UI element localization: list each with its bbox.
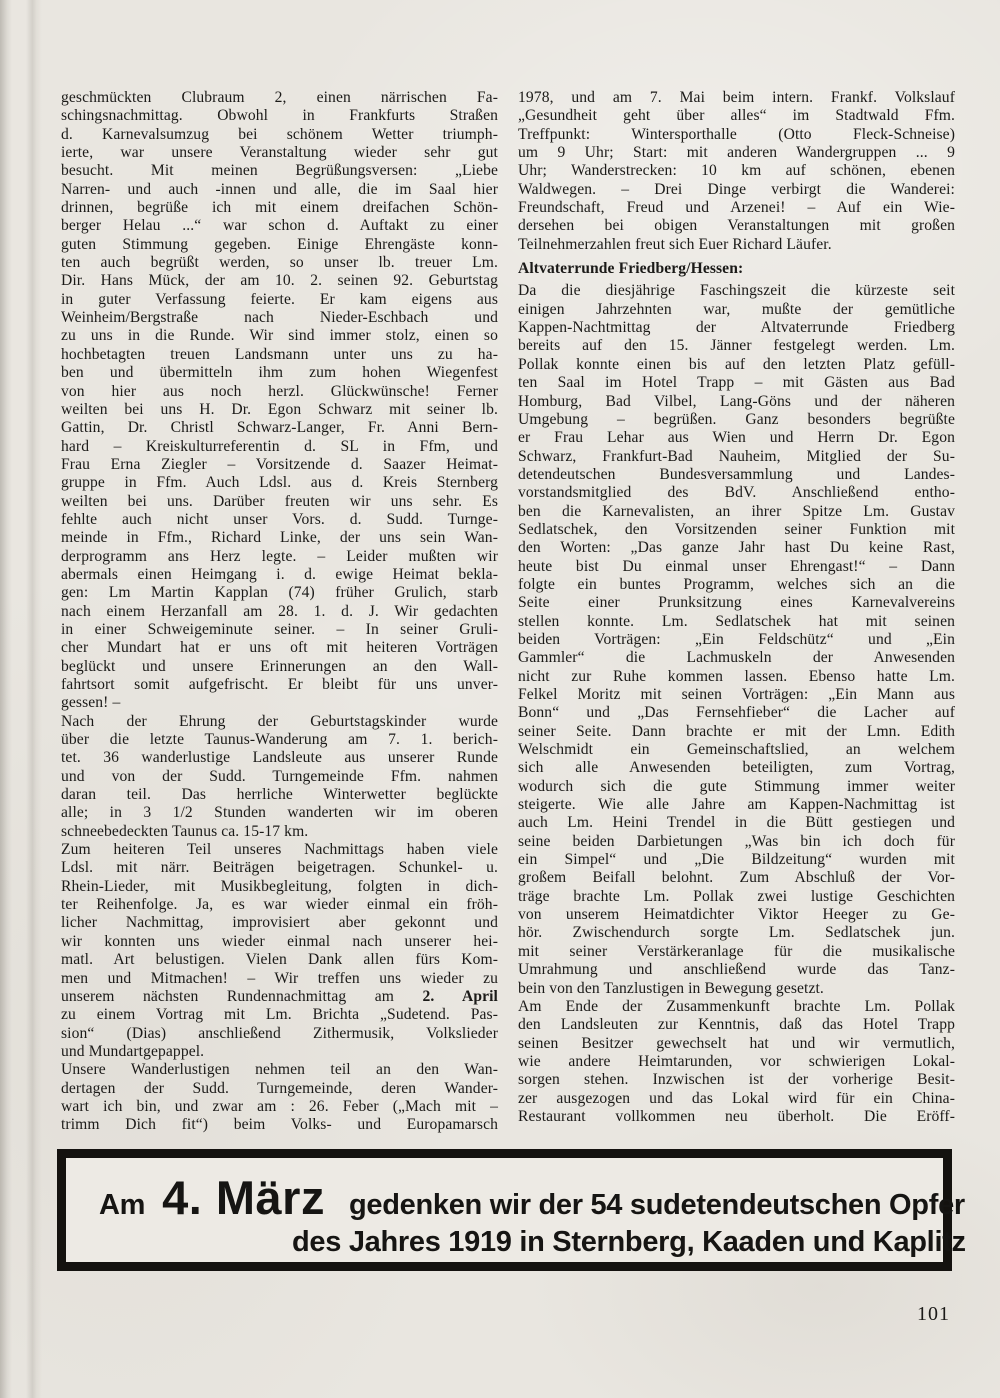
paragraph: Da die diesjährige Faschingszeit die kür… [518,282,955,997]
text-line: gruppe in Ffm. Auch Ldsl. aus d. Kreis S… [61,474,498,492]
text-line: Bonn“ und „Das Fernsehfieber“ die Lacher… [518,704,955,722]
text-line: zu uns in die Runde. Wir sind immer stol… [61,327,498,345]
text-line: nach einem Herzanfall am 28. 1. d. J. Wi… [61,603,498,621]
text-line: Schwarz, Frankfurt-Bad Nauheim, Mitglied… [518,448,955,466]
text-line: über die letzte Taunus-Wanderung am 7. 1… [61,731,498,749]
text-line: Dir. Hans Mück, der am 10. 2. seinen 92.… [61,272,498,290]
banner-line-1: Am 4. März gedenken wir der 54 sudetende… [99,1170,943,1225]
text-line: ben die Karnevalisten, an ihrer Spitze L… [518,503,955,521]
text-line: bereits auf den 15. Jänner festgelegt we… [518,337,955,355]
text-line: Frau Erna Ziegler – Vorsitzende d. Saaze… [61,456,498,474]
memorial-banner: Am 4. März gedenken wir der 54 sudetende… [57,1149,952,1271]
text-line: geschmückten Clubraum 2, einen närrische… [61,89,498,107]
text-line: schneebedeckten Taunus ca. 15-17 km. [61,823,498,841]
banner-text-line2: des Jahres 1919 in Sternberg, Kaaden und… [292,1226,943,1259]
text-line: Welschmidt ein Gemeinschaftslied, an wel… [518,741,955,759]
banner-prefix: Am [99,1189,145,1222]
text-line: von hier aus noch herzl. Glückwünsche! F… [61,383,498,401]
text-line: auch Lm. Heini Trendel in die Bütt gesti… [518,814,955,832]
text-line: ben und übermitteln ihm zum hohen Wiegen… [61,364,498,382]
text-line: wir konnten uns wieder einmal nach unser… [61,933,498,951]
text-line: Teilnehmerzahlen freut sich Euer Richard… [518,236,955,254]
text-line: matl. Art belustigen. Vielen Dank allen … [61,951,498,969]
text-line: Gattin, Dr. Christl Schwarz-Langer, Fr. … [61,419,498,437]
text-line: Narren- und auch -innen und alle, die im… [61,181,498,199]
text-line: unserem nächsten Rundennachmittag am 2. … [61,988,498,1006]
text-line: großem Beifall belohnt. Zum Abschluß der… [518,869,955,887]
text-line: Kappen-Nachtmittag der Altvaterrunde Fri… [518,319,955,337]
text-line: sich alle Anwesenden beteiligten, zum Vo… [518,759,955,777]
text-line: meinde in Ffm., Richard Linke, der uns s… [61,529,498,547]
text-line: Pollak konnte einen bis auf den letzten … [518,356,955,374]
text-line: vorstandsmitglied des BdV. Anschließend … [518,484,955,502]
text-line: ten auch begrüßt werden, so unser lb. tr… [61,254,498,272]
text-line: ierte, war unsere Veranstaltung wieder s… [61,144,498,162]
text-line: beiden Vorträgen: „Ein Feldschütz“ und „… [518,631,955,649]
text-column-right: 1978, und am 7. Mai beim intern. Frankf.… [518,89,955,1126]
text-line: um 9 Uhr; Start: mit anderen Wandergrupp… [518,144,955,162]
text-line: träge brachte Lm. Pollak zwei lustige Ge… [518,888,955,906]
text-line: besucht. Mit meinen Begrüßungsversen: „L… [61,162,498,180]
text-line: Sedlatschek, den Vorsitzenden seiner Fun… [518,521,955,539]
text-line: Nach der Ehrung der Geburtstagskinder wu… [61,713,498,731]
text-line: Gammler“ die Lachmuskeln der Anwesenden [518,649,955,667]
text-line: dertagen der Sudd. Turngemeinde, deren W… [61,1080,498,1098]
text-line: Ldsl. mit närr. Beiträgen beigetragen. S… [61,859,498,877]
text-line: Weinheim/Bergstraße nach Nieder-Eschbach… [61,309,498,327]
text-line: cher Mundart hat er uns oft mit heiteren… [61,639,498,657]
text-line: berger Helau ...“ war schon d. Auftakt z… [61,217,498,235]
text-line: nicht zur Ruhe kommen lassen. Ebenso hat… [518,668,955,686]
text-line: Da die diesjährige Faschingszeit die kür… [518,282,955,300]
text-line: Am Ende der Zusammenkunft brachte Lm. Po… [518,998,955,1016]
text-line: folgte ein buntes Programm, welches sich… [518,576,955,594]
text-line: Felkel Moritz mit seinen Vorträgen: „Ein… [518,686,955,704]
text-line: Waldwegen. – Drei Dinge verbirgt die Wan… [518,181,955,199]
text-line: fahrtsort somit aufgefrischt. Er bleibt … [61,676,498,694]
text-column-left: geschmückten Clubraum 2, einen närrische… [61,89,498,1135]
text-line: derprogramm ans Herz legte. – Leider muß… [61,548,498,566]
text-line: licher Nachmittag, improvisiert aber gek… [61,914,498,932]
text-line: sorgen stehen. Inzwischen ist der vorher… [518,1071,955,1089]
text-line: den Landsleuten zur Kenntnis, daß das Ho… [518,1016,955,1034]
text-line: wodurch sich die gute Stimmung immer wei… [518,778,955,796]
text-line: beglückt und unsere Erinnerungen an den … [61,658,498,676]
text-line: Freundschaft, Freud und Arzenei! – Auf e… [518,199,955,217]
text-line: Homburg, Bad Vilbel, Lang-Göns und der n… [518,393,955,411]
paragraph: Unsere Wanderlustigen nehmen teil an den… [61,1061,498,1134]
text-line: men und Mitmachen! – Wir treffen uns wie… [61,970,498,988]
text-line: ten Saal im Hotel Trapp – mit Gästen aus… [518,374,955,392]
text-line: schingsnachmittag. Obwohl in Frankfurts … [61,107,498,125]
text-line: gessen! – [61,694,498,712]
text-line: ter Reihenfolge. Ja, es war wieder einma… [61,896,498,914]
text-line: detendeutschen Bundesversammlung und Lan… [518,466,955,484]
text-line: von unserem Heimatdichter Viktor Heeger … [518,906,955,924]
text-line: gen: Lm Martin Kapplan (74) früher Gruli… [61,584,498,602]
text-line: Unsere Wanderlustigen nehmen teil an den… [61,1061,498,1079]
text-line: den Worten: „Das ganze Jahr hast Du kein… [518,539,955,557]
text-line: und Mundartgepappel. [61,1043,498,1061]
text-line: 1978, und am 7. Mai beim intern. Frankf.… [518,89,955,107]
text-line: Restaurant vollkommen neu überholt. Die … [518,1108,955,1126]
banner-text-line1: gedenken wir der 54 sudetendeutschen Opf… [349,1189,965,1222]
page-number: 101 [860,1303,950,1326]
text-line: ein Simpel“ und „Die Bildzeitung“ wurden… [518,851,955,869]
section-heading: Altvaterrunde Friedberg/Hessen: [518,260,955,278]
text-line: fehlte auch nicht unser Vors. d. Sudd. T… [61,511,498,529]
text-line: hör. Zwischendurch sorgte Lm. Sedlatsche… [518,924,955,942]
text-line: bein von den Tanzlustigen in Bewegung ge… [518,980,955,998]
text-line: in einer Schweigeminute seiner. – In sei… [61,621,498,639]
paragraph: 1978, und am 7. Mai beim intern. Frankf.… [518,89,955,254]
text-line: weilten bei uns H. Dr. Egon Schwarz mit … [61,401,498,419]
text-line: drinnen, begrüße ich mit einem dreifache… [61,199,498,217]
text-line: seinen Besitzer gewechselt hat und wir v… [518,1035,955,1053]
text-line: dersehen bei obigen Veranstaltungen mit … [518,217,955,235]
text-line: wie andere Heimtarunden, vor schwierigen… [518,1053,955,1071]
text-line: d. Karnevalsumzug bei schönem Wetter tri… [61,126,498,144]
text-line: in guter Verfassung feierte. Er kam eige… [61,291,498,309]
text-line: Seite einer Prunksitzung eines Karnevalv… [518,594,955,612]
text-line: abermals einen Heimgang i. d. ewige Heim… [61,566,498,584]
paragraph: Zum heiteren Teil unseres Nachmittags ha… [61,841,498,1061]
text-line: Umrahmung und anschließend wurde das Tan… [518,961,955,979]
text-line: Rhein-Lieder, mit Musikbegleitung, folgt… [61,878,498,896]
paragraph: Nach der Ehrung der Geburtstagskinder wu… [61,713,498,841]
text-line: Treffpunkt: Wintersporthalle (Otto Fleck… [518,126,955,144]
paragraph: geschmückten Clubraum 2, einen närrische… [61,89,498,713]
text-line: seine beiden Darbietungen „Was bin ich d… [518,833,955,851]
text-line: einigen Jahrzehnten war, mußte der gemüt… [518,301,955,319]
text-line: daran teil. Das herrliche Winterwetter b… [61,786,498,804]
text-line: weilten bei uns. Darüber freuten wir uns… [61,493,498,511]
text-line: hochbetagten treuen Landsmann unter uns … [61,346,498,364]
text-line: alle; in 3 1/2 Stunden wanderten wir im … [61,804,498,822]
text-line: wart ich bin, und zwar am : 26. Feber („… [61,1098,498,1116]
text-line: guten Stimmung gegeben. Einige Ehrengäst… [61,236,498,254]
text-line: Umgebung – begrüßen. Ganz besonders begr… [518,411,955,429]
text-line: „Gesundheit geht über alles“ im Stadtwal… [518,107,955,125]
text-line: trimm Dich fit“) beim Volks- und Europam… [61,1116,498,1134]
text-line: stellen konnte. Lm. Sedlatschek hat mit … [518,613,955,631]
scanned-document-page: { "page": { "number": "101", "paper_colo… [0,0,1000,1398]
text-line: zu einem Vortrag mit Lm. Brichta „Sudete… [61,1006,498,1024]
banner-date: 4. März [162,1170,325,1225]
text-line: mit seiner Verstärkeranlage für die musi… [518,943,955,961]
bold-text: 2. April [422,988,498,1005]
text-line: hard – Kreiskulturreferentin d. SL in Ff… [61,438,498,456]
text-line: und von der Sudd. Turngemeinde Ffm. nahm… [61,768,498,786]
paragraph: Am Ende der Zusammenkunft brachte Lm. Po… [518,998,955,1126]
text-line: heute bist Du einmal unser Ehrengast!“ –… [518,558,955,576]
paper-crease [26,0,42,1398]
text-line: sion“ (Dias) anschließend Zithermusik, V… [61,1025,498,1043]
text-line: Zum heiteren Teil unseres Nachmittags ha… [61,841,498,859]
text-line: Uhr; Wanderstrecken: 10 km auf schönen, … [518,162,955,180]
text-line: er Frau Lehar aus Wien und Herrn Dr. Ego… [518,429,955,447]
scan-edge-shadow [0,0,12,1398]
text-line: tet. 36 wanderlustige Landsleute aus uns… [61,749,498,767]
text-line: steigerte. Wie alle Jahre am Kappen-Nach… [518,796,955,814]
text-line: seiner Seite. Dann brachte er mit der Lm… [518,723,955,741]
text-line: zer ausgezogen und das Lokal wird für ei… [518,1090,955,1108]
